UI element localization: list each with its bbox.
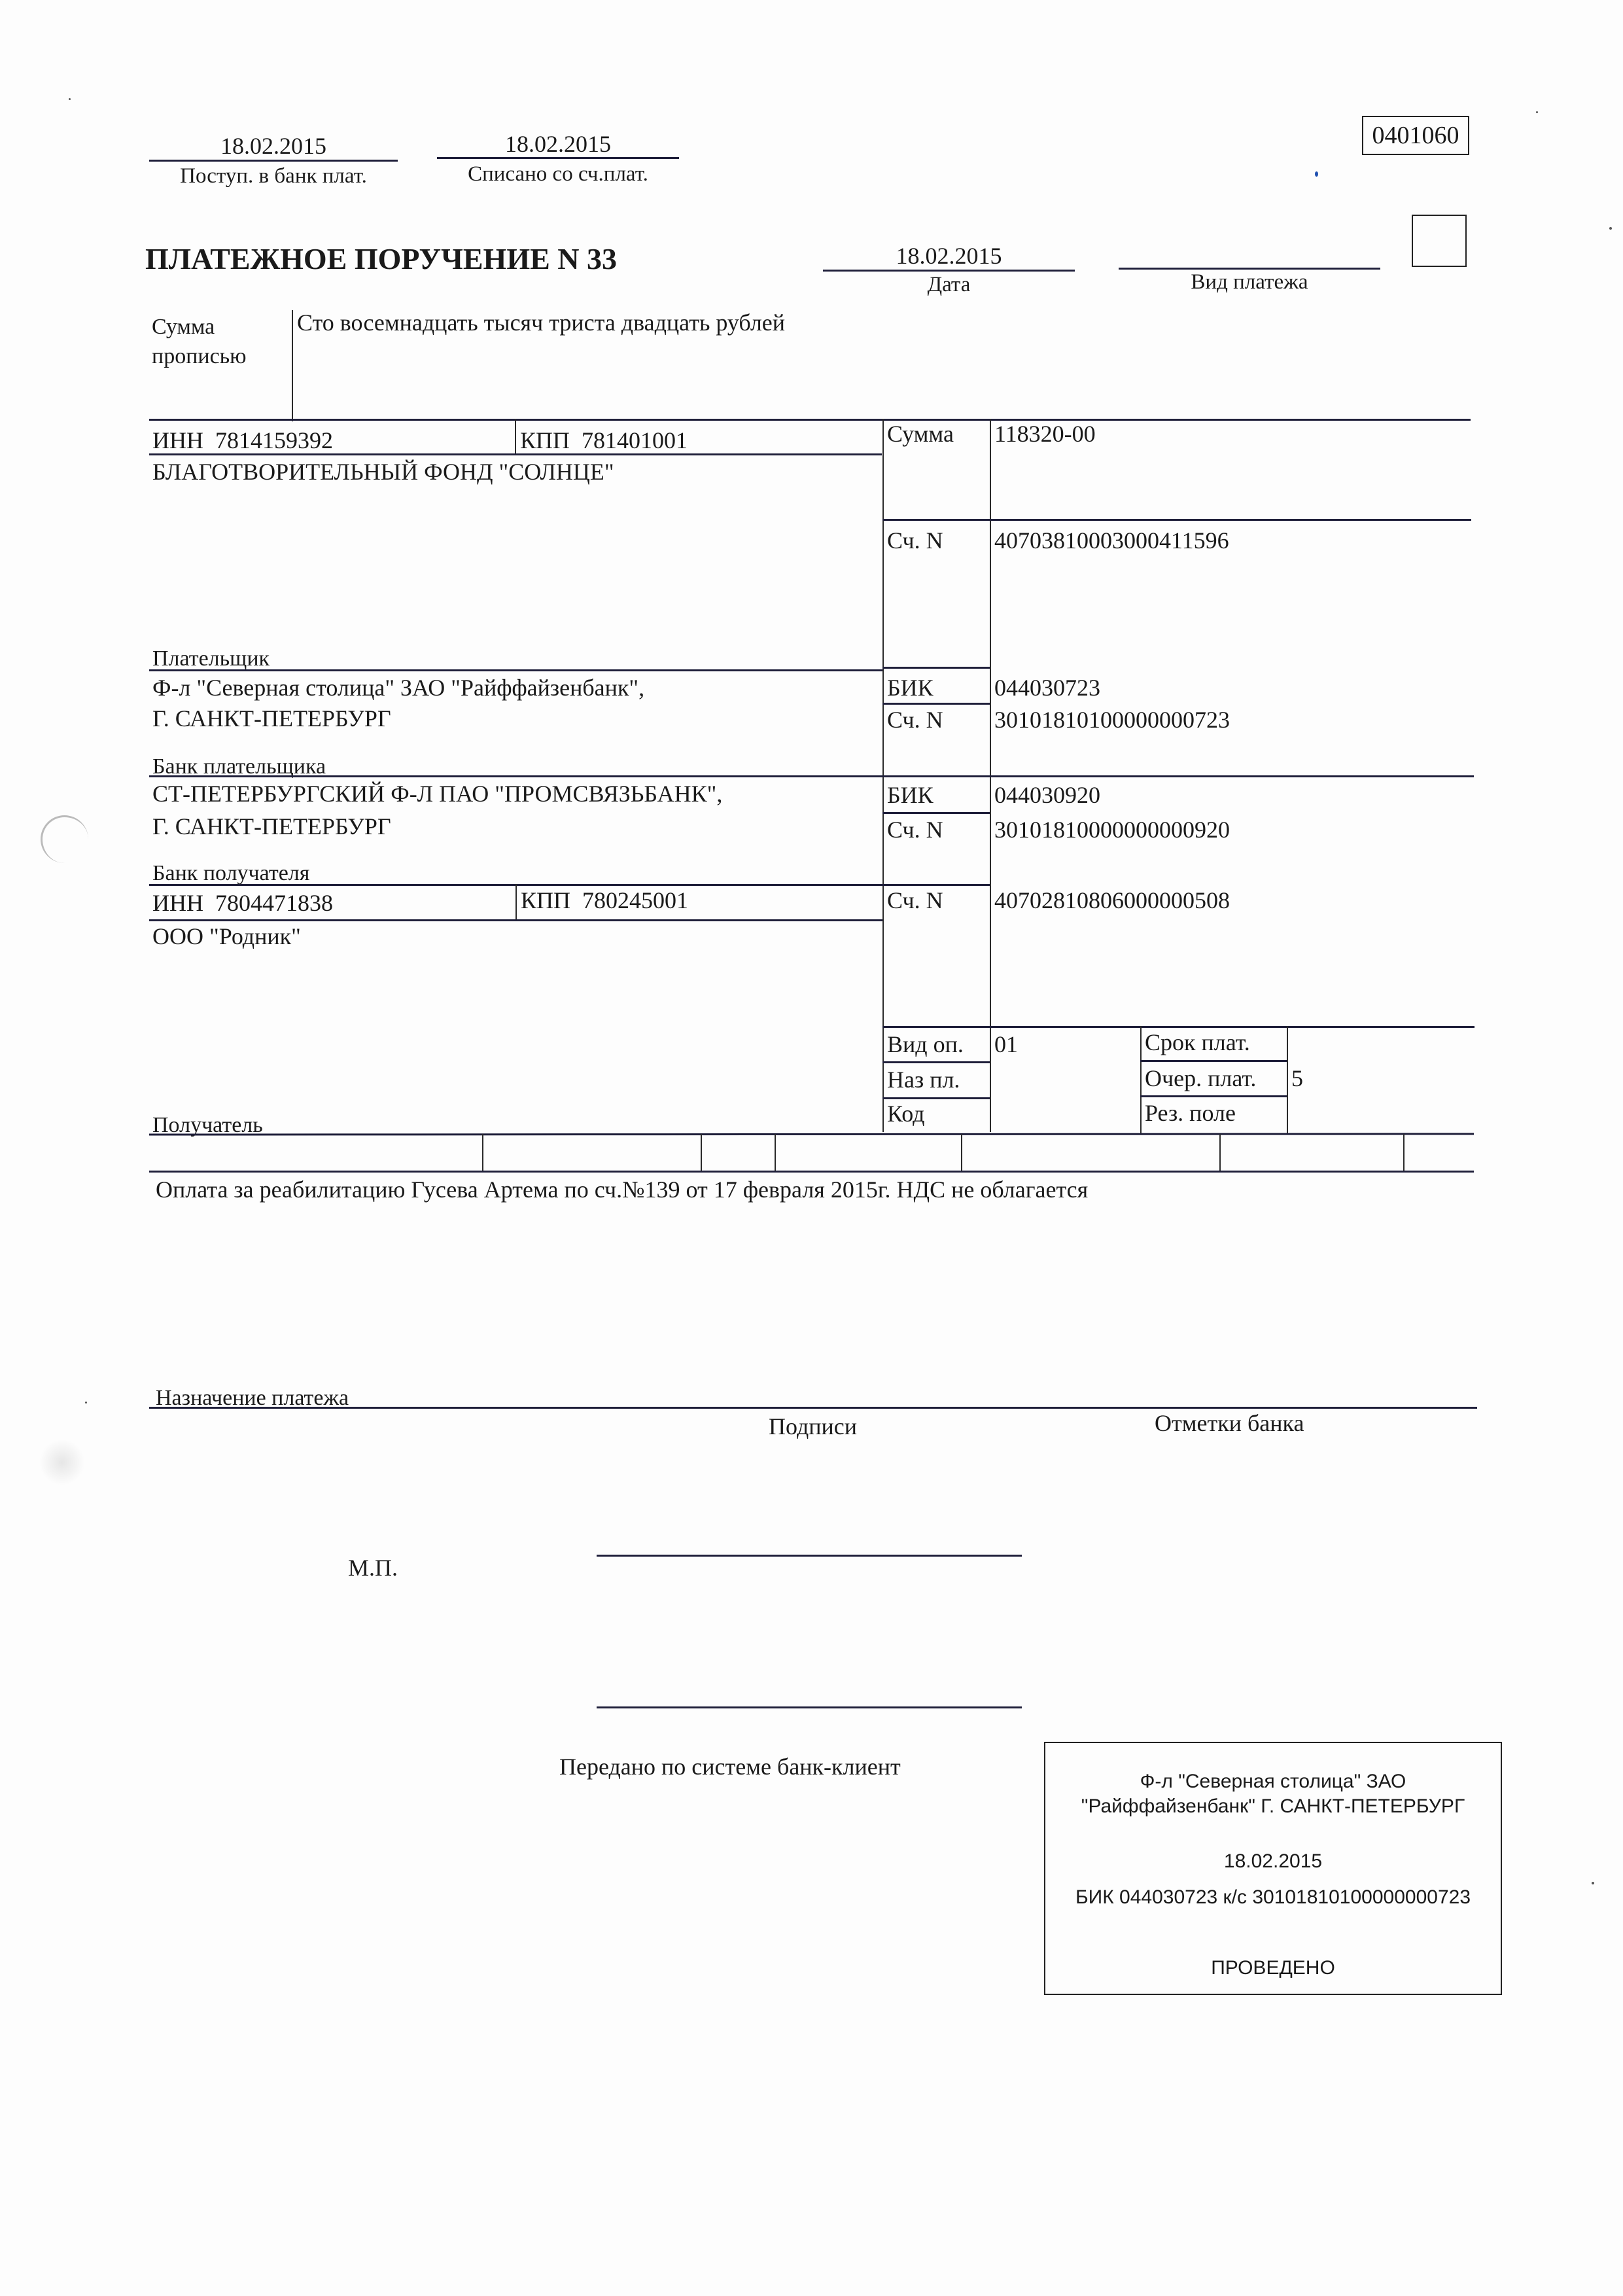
payer-bottom-line <box>149 669 882 671</box>
page-title: ПЛАТЕЖНОЕ ПОРУЧЕНИЕ N 33 <box>145 244 617 274</box>
priority-value: 5 <box>1291 1067 1303 1090</box>
recipient-inn: ИНН 7804471838 <box>152 891 333 915</box>
status-box[interactable] <box>1412 215 1467 267</box>
recipient-inn-kpp-divider <box>515 884 517 921</box>
transfer-note: Передано по системе банк-клиент <box>559 1755 901 1778</box>
payer-bank-bik-top-line <box>882 667 990 669</box>
recipient-bank-account-label: Сч. N <box>887 818 943 841</box>
bank-stamp: Ф-л "Северная столица" ЗАО "Райффайзенба… <box>1044 1742 1502 1995</box>
recipient-bank-bik-bottom-line <box>882 812 990 814</box>
signatures-label: Подписи <box>769 1415 857 1438</box>
payer-amount-label: Сумма <box>887 422 954 446</box>
amount-words-label-2: прописью <box>152 345 247 368</box>
payer-bank-account-label: Сч. N <box>887 708 943 732</box>
recipient-bank-name-1: СТ-ПЕТЕРБУРГСКИЙ Ф-Л ПАО "ПРОМСВЯЗЬБАНК"… <box>152 782 722 805</box>
recipient-bank-name-2: Г. САНКТ-ПЕТЕРБУРГ <box>152 815 391 838</box>
bank-marks-label: Отметки банка <box>1155 1411 1304 1435</box>
recipient-bank-account: 30101810000000000920 <box>994 818 1230 841</box>
payer-bank-section-label: Банк плательщика <box>152 756 326 778</box>
scan-speck <box>1592 1882 1594 1884</box>
payer-bank-name-2: Г. САНКТ-ПЕТЕРБУРГ <box>152 707 391 730</box>
op-type-bottom-line <box>882 1061 990 1063</box>
priority-bottom-line <box>1140 1095 1287 1097</box>
recipient-kpp: КПП 780245001 <box>521 889 688 912</box>
payer-bank-account: 30101810100000000723 <box>994 708 1230 732</box>
debited-label: Списано со сч.плат. <box>437 164 679 185</box>
signature-line-1[interactable] <box>597 1555 1022 1557</box>
amount-words-label-1: Сумма <box>152 316 215 338</box>
punch-hole-mark-2 <box>39 1439 85 1485</box>
payer-account: 40703810003000411596 <box>994 529 1229 552</box>
payer-inn: ИНН 7814159392 <box>152 429 333 452</box>
tax-field-divider-5 <box>1219 1134 1221 1171</box>
scan-speck <box>1315 171 1318 177</box>
payer-bank-bik: 044030723 <box>994 676 1100 699</box>
recipient-bank-bottom-line <box>149 884 990 886</box>
purpose-code-bottom-line <box>882 1097 990 1099</box>
priority-label: Очер. плат. <box>1145 1067 1256 1090</box>
recipient-account: 40702810806000000508 <box>994 889 1230 912</box>
amount-words-value: Сто восемнадцать тысяч триста двадцать р… <box>297 311 785 334</box>
recipient-bank-section-label: Банк получателя <box>152 862 309 885</box>
op-middle-divider <box>1140 1026 1142 1134</box>
amount-words-bottom-line <box>149 419 1471 421</box>
amount-bottom-line <box>882 519 1471 521</box>
scan-speck <box>69 98 71 100</box>
payer-bank-bottom-line <box>149 775 1474 777</box>
purpose-label: Назначение платежа <box>156 1387 349 1409</box>
tax-field-divider-6 <box>1403 1134 1405 1171</box>
purpose-text: Оплата за реабилитацию Гусева Артема по … <box>156 1178 1088 1201</box>
op-type-label: Вид оп. <box>887 1033 964 1056</box>
purpose-code-label: Наз пл. <box>887 1068 960 1091</box>
recipient-account-label: Сч. N <box>887 889 943 912</box>
tax-field-divider-1 <box>482 1134 483 1171</box>
payer-bank-bik-bottom-line <box>882 703 990 705</box>
code-label: Код <box>887 1102 925 1125</box>
reserve-label: Рез. поле <box>1145 1101 1236 1125</box>
bank-stamp-line-1: Ф-л "Северная столица" ЗАО <box>1045 1771 1501 1793</box>
punch-hole-mark <box>41 815 88 863</box>
received-date-line <box>149 160 398 162</box>
tax-row-top-line <box>149 1133 1474 1135</box>
recipient-bank-bik: 044030920 <box>994 783 1100 807</box>
term-bottom-line <box>1140 1060 1287 1062</box>
tax-field-divider-2 <box>701 1134 702 1171</box>
payer-inn-kpp-divider <box>515 419 516 455</box>
payer-amount: 118320-00 <box>994 422 1096 446</box>
scan-speck <box>1609 227 1612 230</box>
document-date: 18.02.2015 <box>823 244 1075 268</box>
recipient-inn-bottom-line <box>149 919 882 921</box>
payer-account-label: Сч. N <box>887 529 943 552</box>
debited-date-line <box>437 157 679 159</box>
op-type-value: 01 <box>994 1033 1018 1056</box>
term-label: Срок плат. <box>1145 1031 1250 1054</box>
op-right-divider <box>1287 1026 1288 1134</box>
bank-stamp-details: БИК 044030723 к/с 30101810100000000723 <box>1045 1886 1501 1909</box>
payer-section-label: Плательщик <box>152 648 270 670</box>
stamp-place-label: М.П. <box>348 1556 398 1580</box>
tax-row-bottom-line <box>149 1171 1474 1173</box>
tax-field-divider-3 <box>775 1134 776 1171</box>
received-date: 18.02.2015 <box>149 134 398 158</box>
document-date-line <box>823 270 1075 272</box>
payer-name: БЛАГОТВОРИТЕЛЬНЫЙ ФОНД "СОЛНЦЕ" <box>152 460 614 484</box>
payer-bank-name-1: Ф-л "Северная столица" ЗАО "Райффайзенба… <box>152 676 644 699</box>
operation-top-line <box>882 1026 1475 1028</box>
purpose-bottom-line <box>149 1407 1477 1409</box>
signature-line-2[interactable] <box>597 1706 1022 1708</box>
payer-kpp: КПП 781401001 <box>520 429 688 452</box>
form-code: 0401060 <box>1362 123 1469 148</box>
scan-speck <box>85 1402 87 1404</box>
payer-bank-bik-label: БИК <box>887 676 934 699</box>
bank-stamp-status: ПРОВЕДЕНО <box>1045 1957 1501 1979</box>
received-label: Поступ. в банк плат. <box>149 166 398 187</box>
bank-stamp-date: 18.02.2015 <box>1045 1850 1501 1873</box>
debited-date: 18.02.2015 <box>437 132 679 156</box>
payment-type-line <box>1119 268 1380 270</box>
payer-inn-bottom-line <box>149 453 882 455</box>
amount-words-divider <box>292 310 293 421</box>
document-date-label: Дата <box>823 274 1075 296</box>
recipient-name: ООО "Родник" <box>152 925 301 948</box>
scan-speck <box>1536 111 1538 113</box>
bank-stamp-line-2: "Райффайзенбанк" Г. САНКТ-ПЕТЕРБУРГ <box>1045 1795 1501 1818</box>
tax-field-divider-4 <box>961 1134 962 1171</box>
payment-type-label: Вид платежа <box>1119 272 1380 293</box>
recipient-bank-bik-label: БИК <box>887 783 934 807</box>
